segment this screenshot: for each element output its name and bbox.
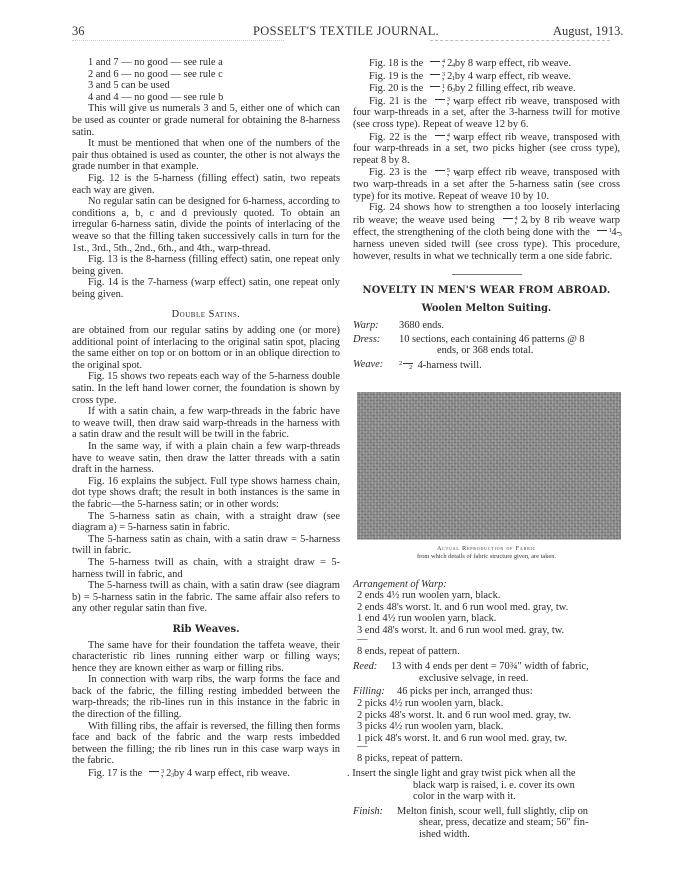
figure-description: Fig. 22 is the 44, warp effect rib weave… xyxy=(353,131,620,167)
paragraph: If with a satin chain, a few warp-thread… xyxy=(72,406,340,441)
spec-finish: Finish: Melton finish, scour well, full … xyxy=(353,806,620,841)
weave-fraction: 33 xyxy=(145,767,161,777)
paragraph: No regular satin can be designed for 6-h… xyxy=(72,196,340,254)
arrangement-line: 3 end 48's worst. lt. and 6 run wool med… xyxy=(353,625,620,637)
spec-reed: Reed: 13 with 4 ends per dent = 70¾" wid… xyxy=(353,661,620,684)
right-column: Fig. 18 is the 44, 2 by 8 warp effect, r… xyxy=(353,57,620,841)
spec-weave: Weave: 22 4-harness twill. xyxy=(353,359,620,372)
paragraph: In connection with warp ribs, the warp f… xyxy=(72,674,340,720)
figure-descriptions: Fig. 18 is the 44, 2 by 8 warp effect, r… xyxy=(353,57,620,202)
rule-list-item: 3 and 5 can be used xyxy=(72,80,340,92)
spec-dress: Dress: 10 sections, each containing 46 p… xyxy=(353,334,620,357)
paragraph: are obtained from our regular satins by … xyxy=(72,325,340,371)
issue-date: August, 1913. xyxy=(553,24,624,39)
weave-fraction: 13 xyxy=(426,82,442,92)
paragraph-fig24: Fig. 24 shows how to strengthen a too lo… xyxy=(353,202,620,262)
arrangement-line: 1 pick 48's worst. lt. and 6 run wool me… xyxy=(353,733,620,745)
header-rule xyxy=(430,40,610,41)
rule-list-item: 1 and 7 — no good — see rule a xyxy=(72,57,340,69)
section-heading-rib-weaves: Rib Weaves. xyxy=(72,624,340,636)
paragraph: The 5-harness satin as chain, with a str… xyxy=(72,511,340,534)
article-title: NOVELTY IN MEN'S WEAR FROM ABROAD. xyxy=(353,285,620,297)
warp-arrangement-heading: Arrangement of Warp: xyxy=(353,579,620,591)
weave-fraction: 44 xyxy=(431,131,447,141)
fabric-sample-image xyxy=(357,392,621,540)
arrangement-line: 3 picks 4½ run woolen yarn, black. xyxy=(353,721,620,733)
figure-description: Fig. 18 is the 44, 2 by 8 warp effect, r… xyxy=(353,57,620,70)
paragraph: It must be mentioned that when one of th… xyxy=(72,138,340,173)
sum-rule: — xyxy=(353,744,620,753)
paragraph: Fig. 16 explains the subject. Full type … xyxy=(72,476,340,511)
arrangement-line: 1 end 4½ run woolen yarn, black. xyxy=(353,613,620,625)
arrangement-line: 2 ends 4½ run woolen yarn, black. xyxy=(353,590,620,602)
figure-description: Fig. 23 is the 55, warp effect rib weave… xyxy=(353,166,620,202)
journal-title: POSSELT'S TEXTILE JOURNAL. xyxy=(253,24,439,39)
section-heading-double-satins: Double Satins. xyxy=(72,309,340,321)
warp-arrangement-list: 2 ends 4½ run woolen yarn, black.2 ends … xyxy=(353,590,620,636)
figure-description: Fig. 19 is the 31, 2 by 4 warp effect, r… xyxy=(353,70,620,83)
figure-description: Fig. 21 is the 33, warp effect rib weave… xyxy=(353,95,620,131)
weave-fraction: 31 xyxy=(426,70,442,80)
figure-description: Fig. 20 is the 13, 6 by 2 filling effect… xyxy=(353,82,620,95)
paragraph: Fig. 15 shows two repeats each way of th… xyxy=(72,371,340,406)
warp-total: 8 ends, repeat of pattern. xyxy=(353,646,620,658)
section-divider xyxy=(452,274,522,275)
paragraph-fig17: Fig. 17 is the 33, 2 by 4 warp effect, r… xyxy=(72,767,340,780)
image-caption: Actual Reproduction of Fabric from which… xyxy=(353,545,620,561)
spec-warp: Warp: 3680 ends. xyxy=(353,320,620,332)
arrangement-line: 2 ends 48's worst. lt. and 6 run wool me… xyxy=(353,602,620,614)
filling-arrangement-list: 2 picks 4½ run woolen yarn, black.2 pick… xyxy=(353,698,620,744)
insert-note: . Insert the single light and gray twist… xyxy=(347,768,620,803)
arrangement-line: 2 picks 4½ run woolen yarn, black. xyxy=(353,698,620,710)
weave-fraction: 33 xyxy=(431,95,447,105)
weave-fraction: 55 xyxy=(431,166,447,176)
weave-fraction: 13 xyxy=(593,226,609,236)
paragraph: Fig. 13 is the 8-harness (filling effect… xyxy=(72,254,340,277)
article-subtitle: Woolen Melton Suiting. xyxy=(353,303,620,315)
header-rule xyxy=(72,40,284,41)
weave-fraction: 44 xyxy=(426,57,442,67)
weave-fraction: 44 xyxy=(499,214,515,224)
filling-total: 8 picks, repeat of pattern. xyxy=(353,753,620,765)
paragraph: The 5-harness satin as chain, with a sat… xyxy=(72,534,340,557)
paragraph: Fig. 12 is the 5-harness (filling effect… xyxy=(72,173,340,196)
paragraph: This will give us numerals 3 and 5, eith… xyxy=(72,103,340,138)
spec-filling: Filling: 46 picks per inch, arranged thu… xyxy=(353,686,620,698)
rule-list-item: 4 and 4 — no good — see rule b xyxy=(72,92,340,104)
paragraph: Fig. 14 is the 7-harness (warp effect) s… xyxy=(72,277,340,300)
sum-rule: — xyxy=(353,637,620,646)
paragraph: The same have for their foundation the t… xyxy=(72,640,340,675)
arrangement-line: 2 picks 48's worst. lt. and 6 run wool m… xyxy=(353,710,620,722)
paragraph: In the same way, if with a plain chain a… xyxy=(72,441,340,476)
paragraph: The 5-harness twill as chain, with a str… xyxy=(72,557,340,580)
paragraph: The 5-harness twill as chain, with a sat… xyxy=(72,580,340,615)
left-column: 1 and 7 — no good — see rule a 2 and 6 —… xyxy=(72,57,340,780)
paragraph: With filling ribs, the affair is reverse… xyxy=(72,721,340,767)
page-number: 36 xyxy=(72,24,85,39)
weave-fraction: 22 xyxy=(399,359,415,369)
rule-list-item: 2 and 6 — no good — see rule c xyxy=(72,69,340,81)
